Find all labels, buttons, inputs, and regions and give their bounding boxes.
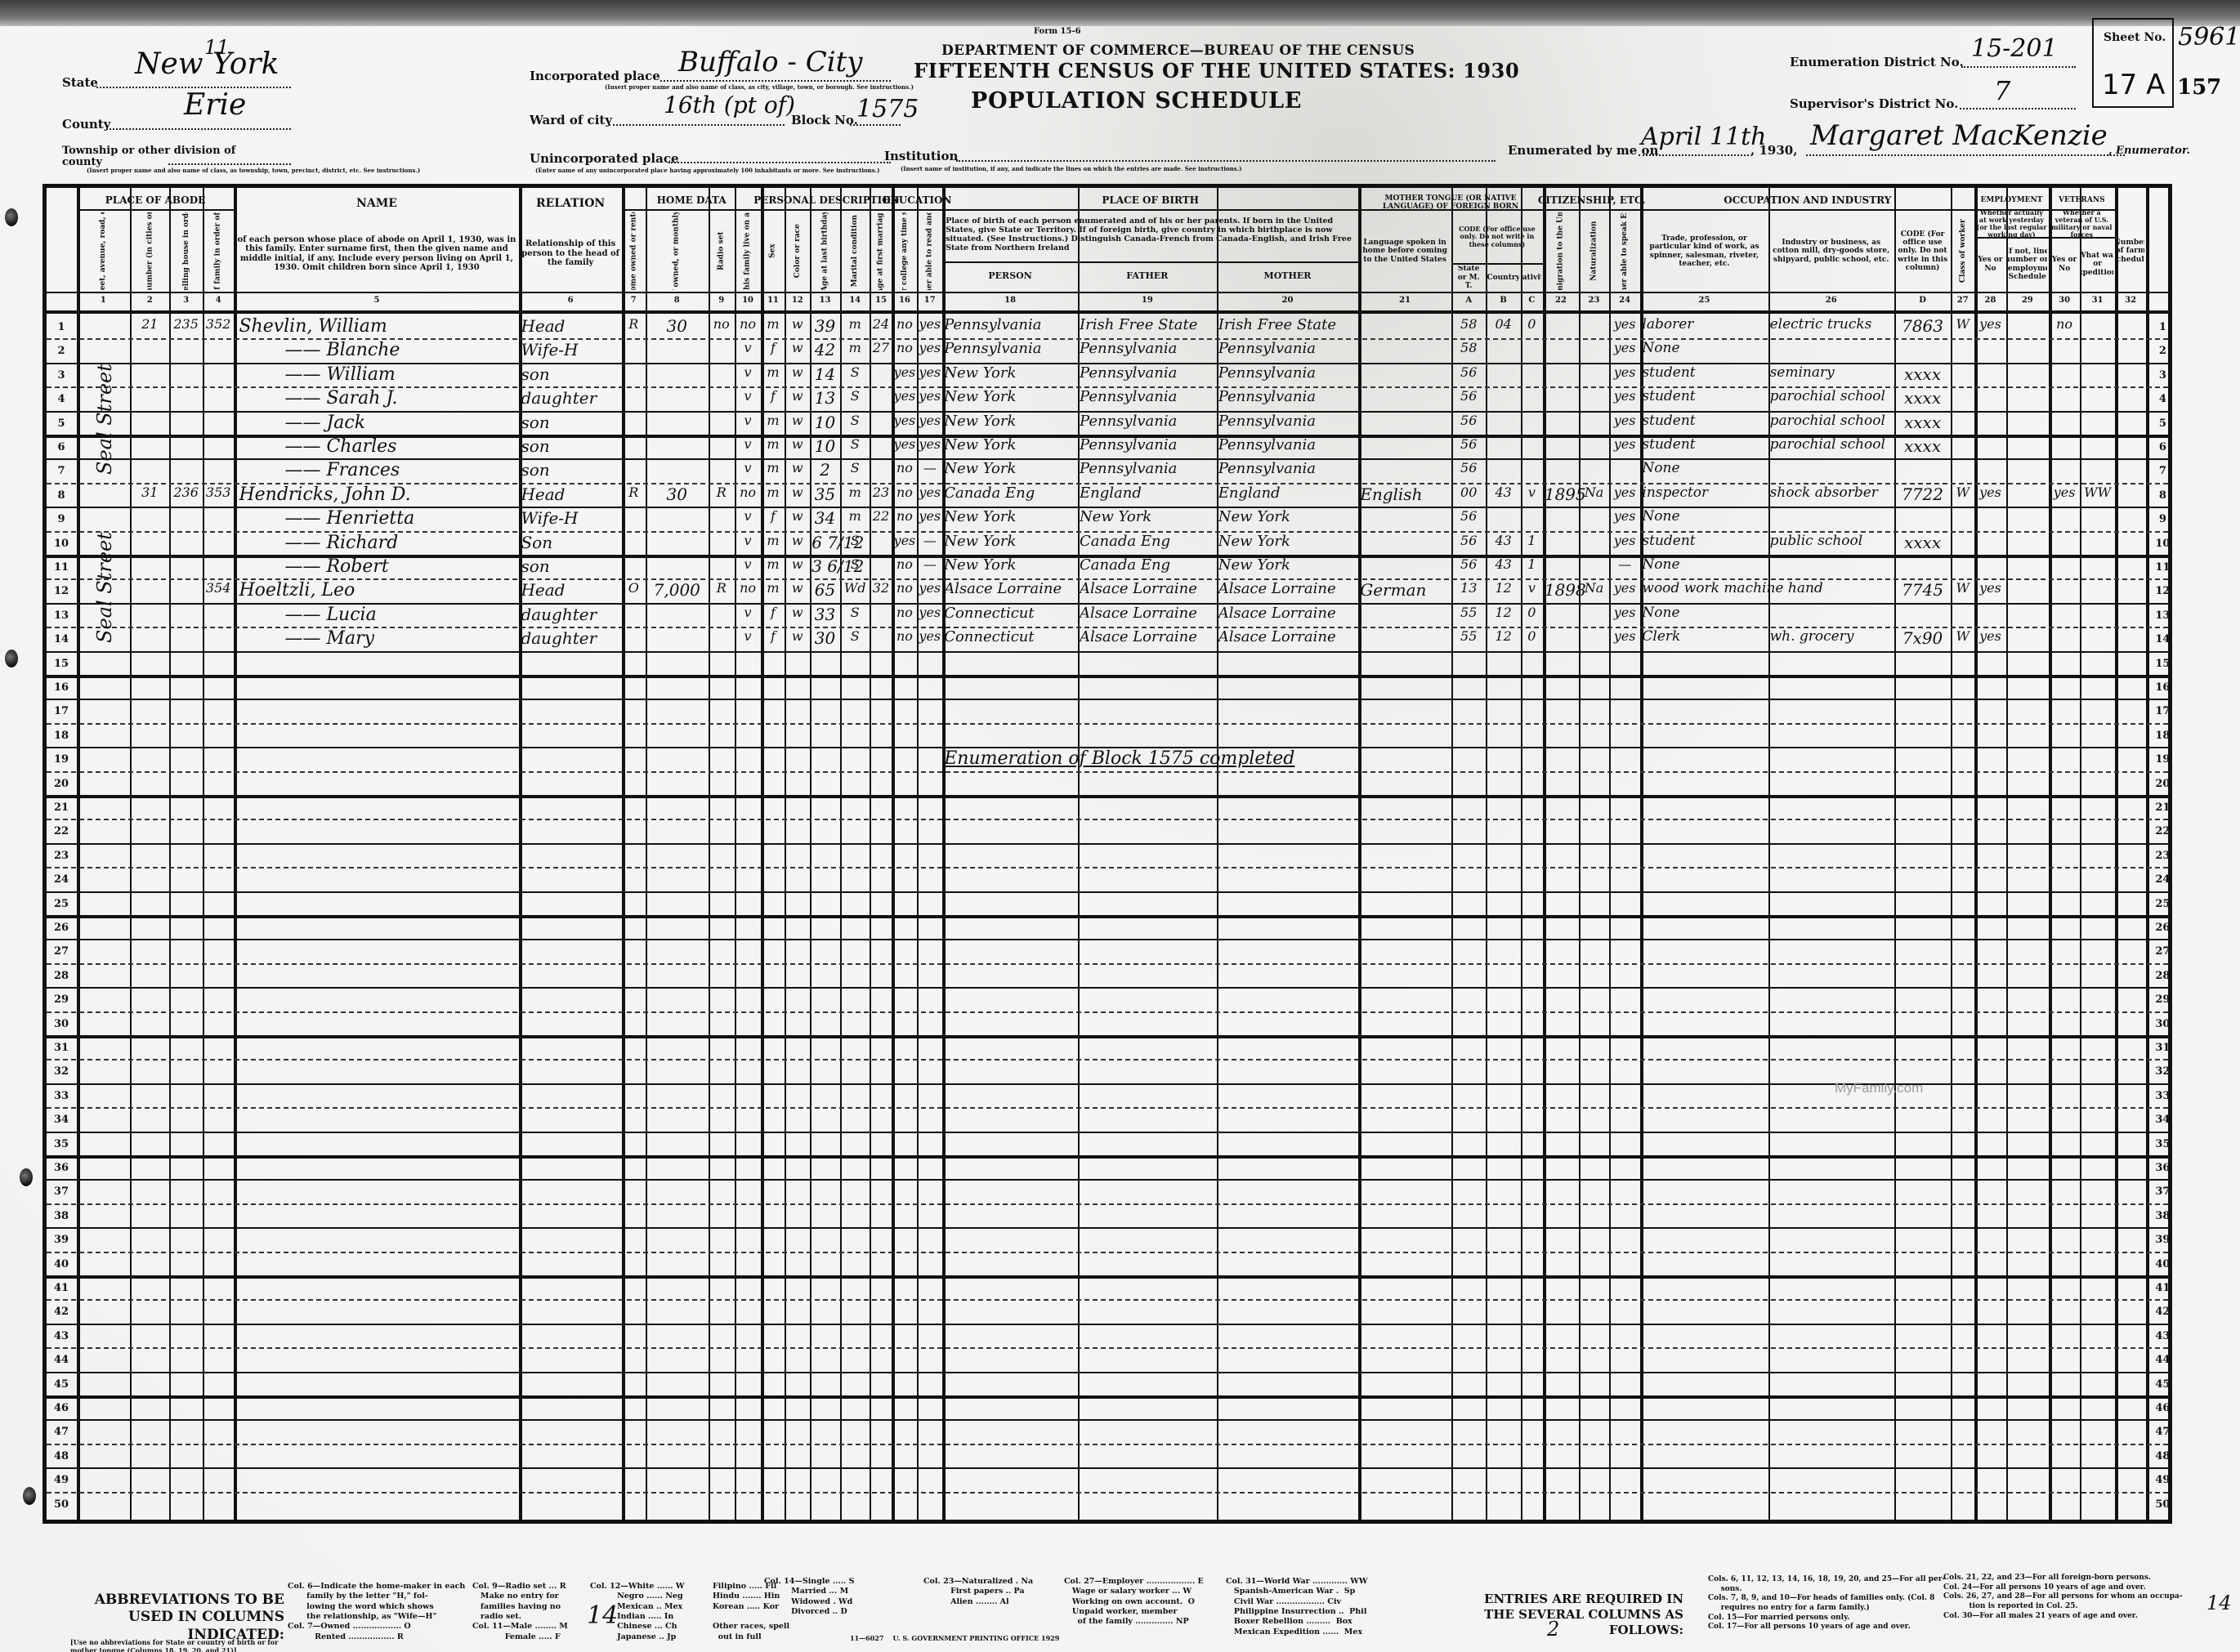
cell-birth-father: Canada Eng: [1080, 534, 1215, 549]
cell-sex: m: [762, 438, 783, 451]
cell-birth-person: New York: [944, 534, 1076, 549]
line-number-right: 32: [2151, 1065, 2174, 1078]
line-number: 48: [50, 1450, 73, 1462]
cell-work: yes: [1976, 486, 2005, 499]
cell-codeD: xxxx: [1896, 534, 1949, 551]
line-number-right: 35: [2151, 1138, 2174, 1150]
column-number: 22: [1543, 296, 1579, 305]
column-header-family: Number of family in order of visitation: [204, 212, 233, 290]
cell-vet: yes: [2050, 486, 2079, 499]
cell-school: yes: [893, 390, 915, 403]
cell-occupation: student: [1642, 534, 1766, 548]
column-number: 2: [130, 296, 169, 305]
cell-codeD: 7x90: [1896, 630, 1949, 646]
cell-war: WW: [2081, 486, 2113, 499]
line-number-right: 47: [2151, 1426, 2174, 1438]
printer-line: 11—6027 U. S. GOVERNMENT PRINTING OFFICE…: [850, 1634, 1059, 1642]
column-header-race: Color or race: [786, 212, 808, 290]
cell-name: —— Mary: [235, 630, 517, 648]
cell-occupation: None: [1642, 558, 1766, 572]
cell-school: yes: [893, 414, 915, 427]
table-row: 21235352Shevlin, WilliamHeadR30nonomw39m…: [47, 315, 2168, 338]
row-divider: [47, 771, 2168, 773]
row-divider: [47, 1299, 2168, 1301]
column-number: 9: [709, 296, 735, 305]
cell-relation: Wife-H: [521, 342, 619, 358]
row-divider: [47, 1059, 2168, 1060]
row-divider: [47, 1347, 2168, 1349]
cell-marital: S: [842, 558, 869, 571]
cell-race: w: [786, 414, 808, 427]
cell-codeD: xxxx: [1896, 438, 1949, 454]
cell-marital: m: [842, 486, 869, 499]
column-number: 19: [1078, 296, 1217, 305]
cell-radio: R: [710, 486, 733, 499]
cell-farm: v: [736, 606, 760, 619]
cell-relation: daughter: [521, 390, 619, 406]
column-header-radio: Radio set: [710, 212, 733, 290]
stamp-side-number: 157: [2177, 75, 2221, 100]
cell-sex: m: [762, 486, 783, 499]
cell-school: no: [893, 486, 915, 499]
column-number: B: [1486, 296, 1520, 305]
cell-vet: no: [2050, 318, 2079, 331]
cell-english: yes: [1611, 342, 1639, 355]
sheet-label: Sheet No.: [2104, 31, 2166, 44]
enum-district-value: 15-201: [1971, 34, 2058, 63]
institution-hint: (Insert name of institution, if any, and…: [901, 165, 1241, 172]
cell-relation: Head: [521, 486, 619, 502]
cell-codeD: 7722: [1896, 486, 1949, 502]
cell-industry: parochial school: [1770, 438, 1893, 452]
line-number: 32: [50, 1065, 73, 1078]
punch-hole: [5, 208, 18, 226]
column-header-text: Age at last birthday: [820, 212, 829, 290]
cell-birth-father: Pennsylvania: [1080, 438, 1215, 453]
column-header-relation: Relationship of this person to the head …: [521, 217, 619, 290]
cell-natur: Na: [1581, 582, 1607, 595]
cell-birth-person: Connecticut: [944, 630, 1076, 645]
cell-language: German: [1360, 582, 1450, 598]
line-number: 45: [50, 1378, 73, 1391]
cell-birth-mother: Alsace Lorraine: [1218, 582, 1357, 596]
cell-age: 65: [811, 582, 838, 598]
column-group-header: HOME DATA: [622, 191, 762, 209]
census-table: PLACE OF ABODENAMERELATIONHOME DATAPERSO…: [42, 184, 2172, 1524]
cell-name: —— Lucia: [235, 606, 517, 624]
cell-family: 353: [204, 486, 233, 499]
line-number: 30: [50, 1018, 73, 1030]
entries-list-2: Cols. 21, 22, and 23—For all foreign-bor…: [1943, 1574, 2183, 1621]
table-row: —— Robertsonvmw3 6/12Sno—New YorkCanada …: [47, 555, 2168, 578]
legend-col9: Col. 9—Radio set ... R Make no entry for…: [472, 1582, 568, 1642]
cell-codeA: 56: [1453, 366, 1484, 379]
column-header-codeC: Nativity: [1522, 266, 1541, 290]
cell-read: —: [919, 534, 941, 547]
cell-codeC: v: [1522, 486, 1541, 499]
entries-title: ENTRIES ARE REQUIRED IN THE SEVERAL COLU…: [1463, 1592, 1683, 1637]
ward-value: 16th (pt of): [664, 92, 795, 118]
cell-occupation: Clerk: [1642, 630, 1766, 644]
street-name: Seal Street: [93, 364, 116, 475]
abbreviations-note: [Use no abbreviations for State or count…: [70, 1638, 283, 1652]
cell-owned: R: [624, 486, 644, 499]
cell-marital: S: [842, 534, 869, 547]
row-divider: [47, 795, 2168, 798]
column-number: 11: [761, 296, 785, 305]
column-group-header: OCCUPATION AND INDUSTRY: [1640, 191, 1974, 209]
cell-age: 34: [811, 510, 838, 526]
column-group-header: CITIZENSHIP, ETC.: [1543, 191, 1641, 209]
column-header-birth_father: FATHER: [1080, 263, 1215, 290]
column-number: 17: [917, 296, 942, 305]
table-row: —— Sarah J.daughtervfw13SyesyesNew YorkP…: [47, 386, 2168, 410]
table-row: 31236353Hendricks, John D.HeadR30Rnomw35…: [47, 483, 2168, 507]
line-number-right: 39: [2151, 1234, 2174, 1246]
line-number-right: 26: [2151, 922, 2174, 934]
line-number: 26: [50, 922, 73, 934]
line-number: 42: [50, 1306, 73, 1318]
cell-name: —— Jack: [235, 414, 517, 432]
column-header-farm: Does this family live on a farm?: [736, 212, 760, 290]
cell-codeA: 58: [1453, 318, 1484, 331]
group-divider: [761, 209, 892, 211]
cell-birth-mother: New York: [1218, 534, 1357, 549]
row-divider: [47, 723, 2168, 725]
cell-codeA: 56: [1453, 414, 1484, 427]
cell-codeB: 43: [1487, 534, 1518, 547]
table-row: —— RichardSonvmw6 7/12Syes—New YorkCanad…: [47, 531, 2168, 555]
line-number-right: 49: [2151, 1474, 2174, 1486]
row-divider: [47, 843, 2168, 845]
column-number: 15: [870, 296, 892, 305]
cell-codeA: 55: [1453, 606, 1484, 619]
cell-read: yes: [919, 366, 941, 379]
cell-codeC: 1: [1522, 534, 1541, 547]
row-divider: [47, 1132, 2168, 1133]
line-number-right: 41: [2151, 1282, 2174, 1294]
column-header-text: Age at first marriage: [877, 212, 885, 290]
line-number: 25: [50, 898, 73, 910]
row-divider: [47, 867, 2168, 868]
veterans-description: Whether a veteran of U.S. military or na…: [2050, 211, 2113, 237]
schedule-title: POPULATION SCHEDULE: [971, 88, 1302, 114]
cell-farm: no: [736, 486, 760, 499]
line-number-right: 18: [2151, 730, 2174, 742]
column-header-codeD: CODE (For office use only. Do not write …: [1896, 212, 1949, 290]
column-header-text: Whether able to read and write: [926, 212, 934, 290]
column-number: 16: [892, 296, 917, 305]
cell-race: w: [786, 462, 808, 475]
cell-farm: v: [736, 342, 760, 355]
cell-farm: v: [736, 462, 760, 475]
line-number-right: 31: [2151, 1042, 2174, 1054]
cell-farm: no: [736, 582, 760, 595]
cell-value: 30: [647, 486, 707, 502]
cell-birth-father: Pennsylvania: [1080, 342, 1215, 356]
cell-industry: shock absorber: [1770, 486, 1893, 500]
cell-marital: S: [842, 630, 869, 643]
cell-marital: m: [842, 510, 869, 523]
county-value: Erie: [184, 88, 246, 122]
divider: [1451, 263, 1543, 265]
column-header-war: What war or expedition?: [2081, 239, 2113, 290]
column-header-birth_mother: MOTHER: [1218, 263, 1357, 290]
legend-col31: Col. 31—World War ............. WW Spani…: [1226, 1577, 1368, 1637]
cell-birth-person: New York: [944, 366, 1076, 381]
line-number: 20: [50, 778, 73, 790]
cell-school: no: [893, 558, 915, 571]
line-number: 43: [50, 1330, 73, 1342]
enumerated-date: April 11th: [1641, 123, 1767, 151]
cell-class: W: [1952, 630, 1973, 643]
column-number: 25: [1640, 296, 1768, 305]
cell-codeA: 56: [1453, 534, 1484, 547]
row-divider: [47, 891, 2168, 893]
incorporated-value: Buffalo - City: [678, 46, 862, 78]
cell-codeA: 56: [1453, 462, 1484, 475]
cell-age: 30: [811, 630, 838, 646]
employment-description: Whether actually at work yesterday (or t…: [1976, 211, 2047, 237]
cell-occupation: None: [1642, 510, 1766, 524]
cell-name: —— Frances: [235, 462, 517, 480]
cell-codeC: 0: [1522, 606, 1541, 619]
row-divider: [47, 1179, 2168, 1181]
street-name: Seal Street: [93, 532, 116, 643]
line-number: 31: [50, 1042, 73, 1054]
cell-natur: Na: [1581, 486, 1607, 499]
cell-relation: Head: [521, 582, 619, 598]
row-divider: [47, 1492, 2168, 1493]
column-number: 18: [942, 296, 1078, 305]
cell-industry: public school: [1770, 534, 1893, 548]
cell-read: yes: [919, 438, 941, 451]
cell-occupation: None: [1642, 606, 1766, 620]
cell-sex: f: [762, 606, 783, 619]
cell-english: yes: [1611, 630, 1639, 643]
cell-family: 352: [204, 318, 233, 331]
form-number: Form 15-6: [1034, 27, 1081, 36]
line-number: 41: [50, 1282, 73, 1294]
column-header-unemp: If not, line number on Unemployment Sche…: [2008, 239, 2047, 290]
column-header-work: Yes or No: [1976, 239, 2005, 290]
cell-value: 7,000: [647, 582, 707, 598]
cell-codeB: 12: [1487, 630, 1518, 643]
line-number-right: 29: [2151, 993, 2174, 1006]
cell-birth-mother: Pennsylvania: [1218, 342, 1357, 356]
cell-birth-father: New York: [1080, 510, 1215, 525]
column-header-text: Street, avenue, road, etc.: [99, 212, 107, 290]
column-header-codeB: Country: [1487, 266, 1518, 290]
cell-value: 30: [647, 318, 707, 334]
line-number: 15: [50, 658, 73, 670]
cell-age: 3 6/12: [811, 558, 838, 574]
cell-marital: S: [842, 414, 869, 427]
cell-relation: Son: [521, 534, 619, 551]
row-divider: [47, 1372, 2168, 1373]
divider: [942, 261, 1358, 263]
line-number-right: 27: [2151, 945, 2174, 958]
row-divider: [47, 1035, 2168, 1038]
cell-codeD: xxxx: [1896, 390, 1949, 406]
line-number: 49: [50, 1474, 73, 1486]
cell-birth-person: New York: [944, 438, 1076, 453]
cell-age: 33: [811, 606, 838, 623]
column-group-header: EDUCATION: [892, 191, 942, 209]
enum-district-label: Enumeration District No.: [1790, 55, 1964, 69]
line-number: 29: [50, 993, 73, 1006]
line-number: 47: [50, 1426, 73, 1438]
line-number: 39: [50, 1234, 73, 1246]
column-header-text: Home owned or rented: [629, 212, 637, 290]
cell-occupation: student: [1642, 366, 1766, 380]
line-number-right: 46: [2151, 1402, 2174, 1414]
cell-marital: S: [842, 462, 869, 475]
cell-farm: v: [736, 366, 760, 379]
column-number: A: [1451, 296, 1486, 305]
township-hint: (Insert proper name and also name of cla…: [87, 167, 420, 174]
cell-english: yes: [1611, 318, 1639, 331]
column-number: 6: [519, 296, 621, 305]
row-divider: [47, 963, 2168, 965]
cell-race: w: [786, 318, 808, 331]
cell-birth-father: Pennsylvania: [1080, 462, 1215, 476]
county-label: County: [62, 117, 110, 132]
cell-birth-mother: England: [1218, 486, 1357, 501]
column-header-school: Attended school or college any time sinc…: [893, 212, 915, 290]
column-header-class: Class of worker: [1952, 212, 1973, 290]
cell-age: 10: [811, 438, 838, 454]
table-row: —— Luciadaughtervfw33SnoyesConnecticutAl…: [47, 603, 2168, 627]
line-number-right: 28: [2151, 970, 2174, 982]
cell-name: —— William: [235, 366, 517, 384]
column-header-industry: Industry or business, as cotton mill, dr…: [1770, 212, 1893, 290]
line-number: 21: [50, 801, 73, 814]
cell-english: yes: [1611, 606, 1639, 619]
cell-relation: daughter: [521, 606, 619, 623]
line-number-right: 16: [2151, 681, 2174, 694]
cell-school: no: [893, 510, 915, 523]
row-divider: [47, 651, 2168, 653]
cell-birth-father: Alsace Lorraine: [1080, 582, 1215, 596]
cell-occupation: student: [1642, 390, 1766, 404]
cell-farm: no: [736, 318, 760, 331]
cell-work: yes: [1976, 582, 2005, 595]
cell-sex: f: [762, 390, 783, 403]
block-label: Block No.: [791, 113, 858, 127]
cell-sex: m: [762, 558, 783, 571]
column-header-name: of each person whose place of abode on A…: [235, 217, 517, 290]
department-title: DEPARTMENT OF COMMERCE—BUREAU OF THE CEN…: [941, 42, 1415, 59]
cell-immig: 1898: [1545, 582, 1577, 598]
table-row: —— HenriettaWife-Hvfw34m22noyesNew YorkN…: [47, 507, 2168, 530]
group-divider: [1358, 209, 1543, 211]
sheet-value: 17 A: [2102, 69, 2165, 101]
cell-age-marr: 32: [871, 582, 890, 595]
cell-relation: daughter: [521, 630, 619, 646]
cell-work: yes: [1976, 630, 2005, 643]
row-divider: [47, 819, 2168, 820]
cell-codeC: 1: [1522, 558, 1541, 571]
cell-industry: parochial school: [1770, 414, 1893, 428]
line-number-right: 38: [2151, 1210, 2174, 1222]
cell-birth-father: Alsace Lorraine: [1080, 606, 1215, 621]
cell-name: Hoeltzli, Leo: [235, 582, 517, 600]
cell-codeB: 43: [1487, 486, 1518, 499]
cell-name: Hendricks, John D.: [235, 486, 517, 504]
cell-age-marr: 23: [871, 486, 890, 499]
cell-codeA: 13: [1453, 582, 1484, 595]
cell-age: 10: [811, 414, 838, 431]
group-divider: [622, 209, 762, 211]
column-header-immig: Year of immigration to the United States: [1545, 212, 1577, 290]
cell-farm: v: [736, 510, 760, 523]
cell-relation: son: [521, 558, 619, 574]
group-divider: [892, 209, 942, 211]
column-number: 29: [2006, 296, 2049, 305]
cell-birth-person: New York: [944, 390, 1076, 404]
cell-birth-mother: Pennsylvania: [1218, 462, 1357, 476]
cell-age: 42: [811, 342, 838, 358]
line-number: 33: [50, 1090, 73, 1102]
column-header-text: Sex: [769, 244, 777, 259]
cell-english: yes: [1611, 414, 1639, 427]
cell-age-marr: 27: [871, 342, 890, 355]
line-number: 44: [50, 1354, 73, 1366]
cell-marital: m: [842, 318, 869, 331]
supervisor-label: Supervisor's District No.: [1790, 96, 1958, 111]
column-header-text: Color or race: [794, 224, 802, 278]
cell-english: yes: [1611, 366, 1639, 379]
divider: [1974, 237, 2049, 239]
cell-birth-mother: Pennsylvania: [1218, 414, 1357, 429]
cell-read: —: [919, 462, 941, 475]
row-divider: [47, 1467, 2168, 1469]
census-page: 11 State New York County Erie Township o…: [0, 0, 2240, 1652]
cell-birth-father: England: [1080, 486, 1215, 501]
row-divider: [47, 699, 2168, 700]
sheet-number-box: Sheet No. 17 A: [2092, 18, 2174, 108]
column-header-codeA: State or M. T.: [1453, 266, 1484, 290]
enumerator-label: , Enumerator.: [2108, 145, 2190, 157]
column-number: 4: [203, 296, 235, 305]
cell-relation: Wife-H: [521, 510, 619, 526]
line-number-right: 45: [2151, 1378, 2174, 1391]
column-header-value: Value of home, if owned, or monthly rent…: [647, 212, 707, 290]
cell-race: w: [786, 558, 808, 571]
cell-occupation: inspector: [1642, 486, 1766, 500]
column-number: 10: [735, 296, 762, 305]
column-number: 23: [1579, 296, 1609, 305]
unincorporated-label: Unincorporated place: [530, 151, 679, 166]
cell-school: yes: [893, 366, 915, 379]
column-group-header: PLACE OF BIRTH: [942, 191, 1358, 209]
township-label: Township or other division of county: [62, 145, 250, 169]
table-row: —— Charlessonvmw10SyesyesNew YorkPennsyl…: [47, 435, 2168, 458]
cell-sex: m: [762, 414, 783, 427]
legend-col23: Col. 23—Naturalized . Na First papers ..…: [923, 1577, 1033, 1607]
cell-family: 354: [204, 582, 233, 595]
cell-marital: S: [842, 438, 869, 451]
cell-birth-father: Irish Free State: [1080, 318, 1215, 333]
column-header-street: Street, avenue, road, etc.: [78, 212, 129, 290]
cell-birth-person: New York: [944, 510, 1076, 525]
row-divider: [47, 915, 2168, 918]
line-number-right: 42: [2151, 1306, 2174, 1318]
column-header-english: Whether able to speak English: [1611, 212, 1639, 290]
cell-sex: m: [762, 462, 783, 475]
cell-marital: Wd: [842, 582, 869, 595]
